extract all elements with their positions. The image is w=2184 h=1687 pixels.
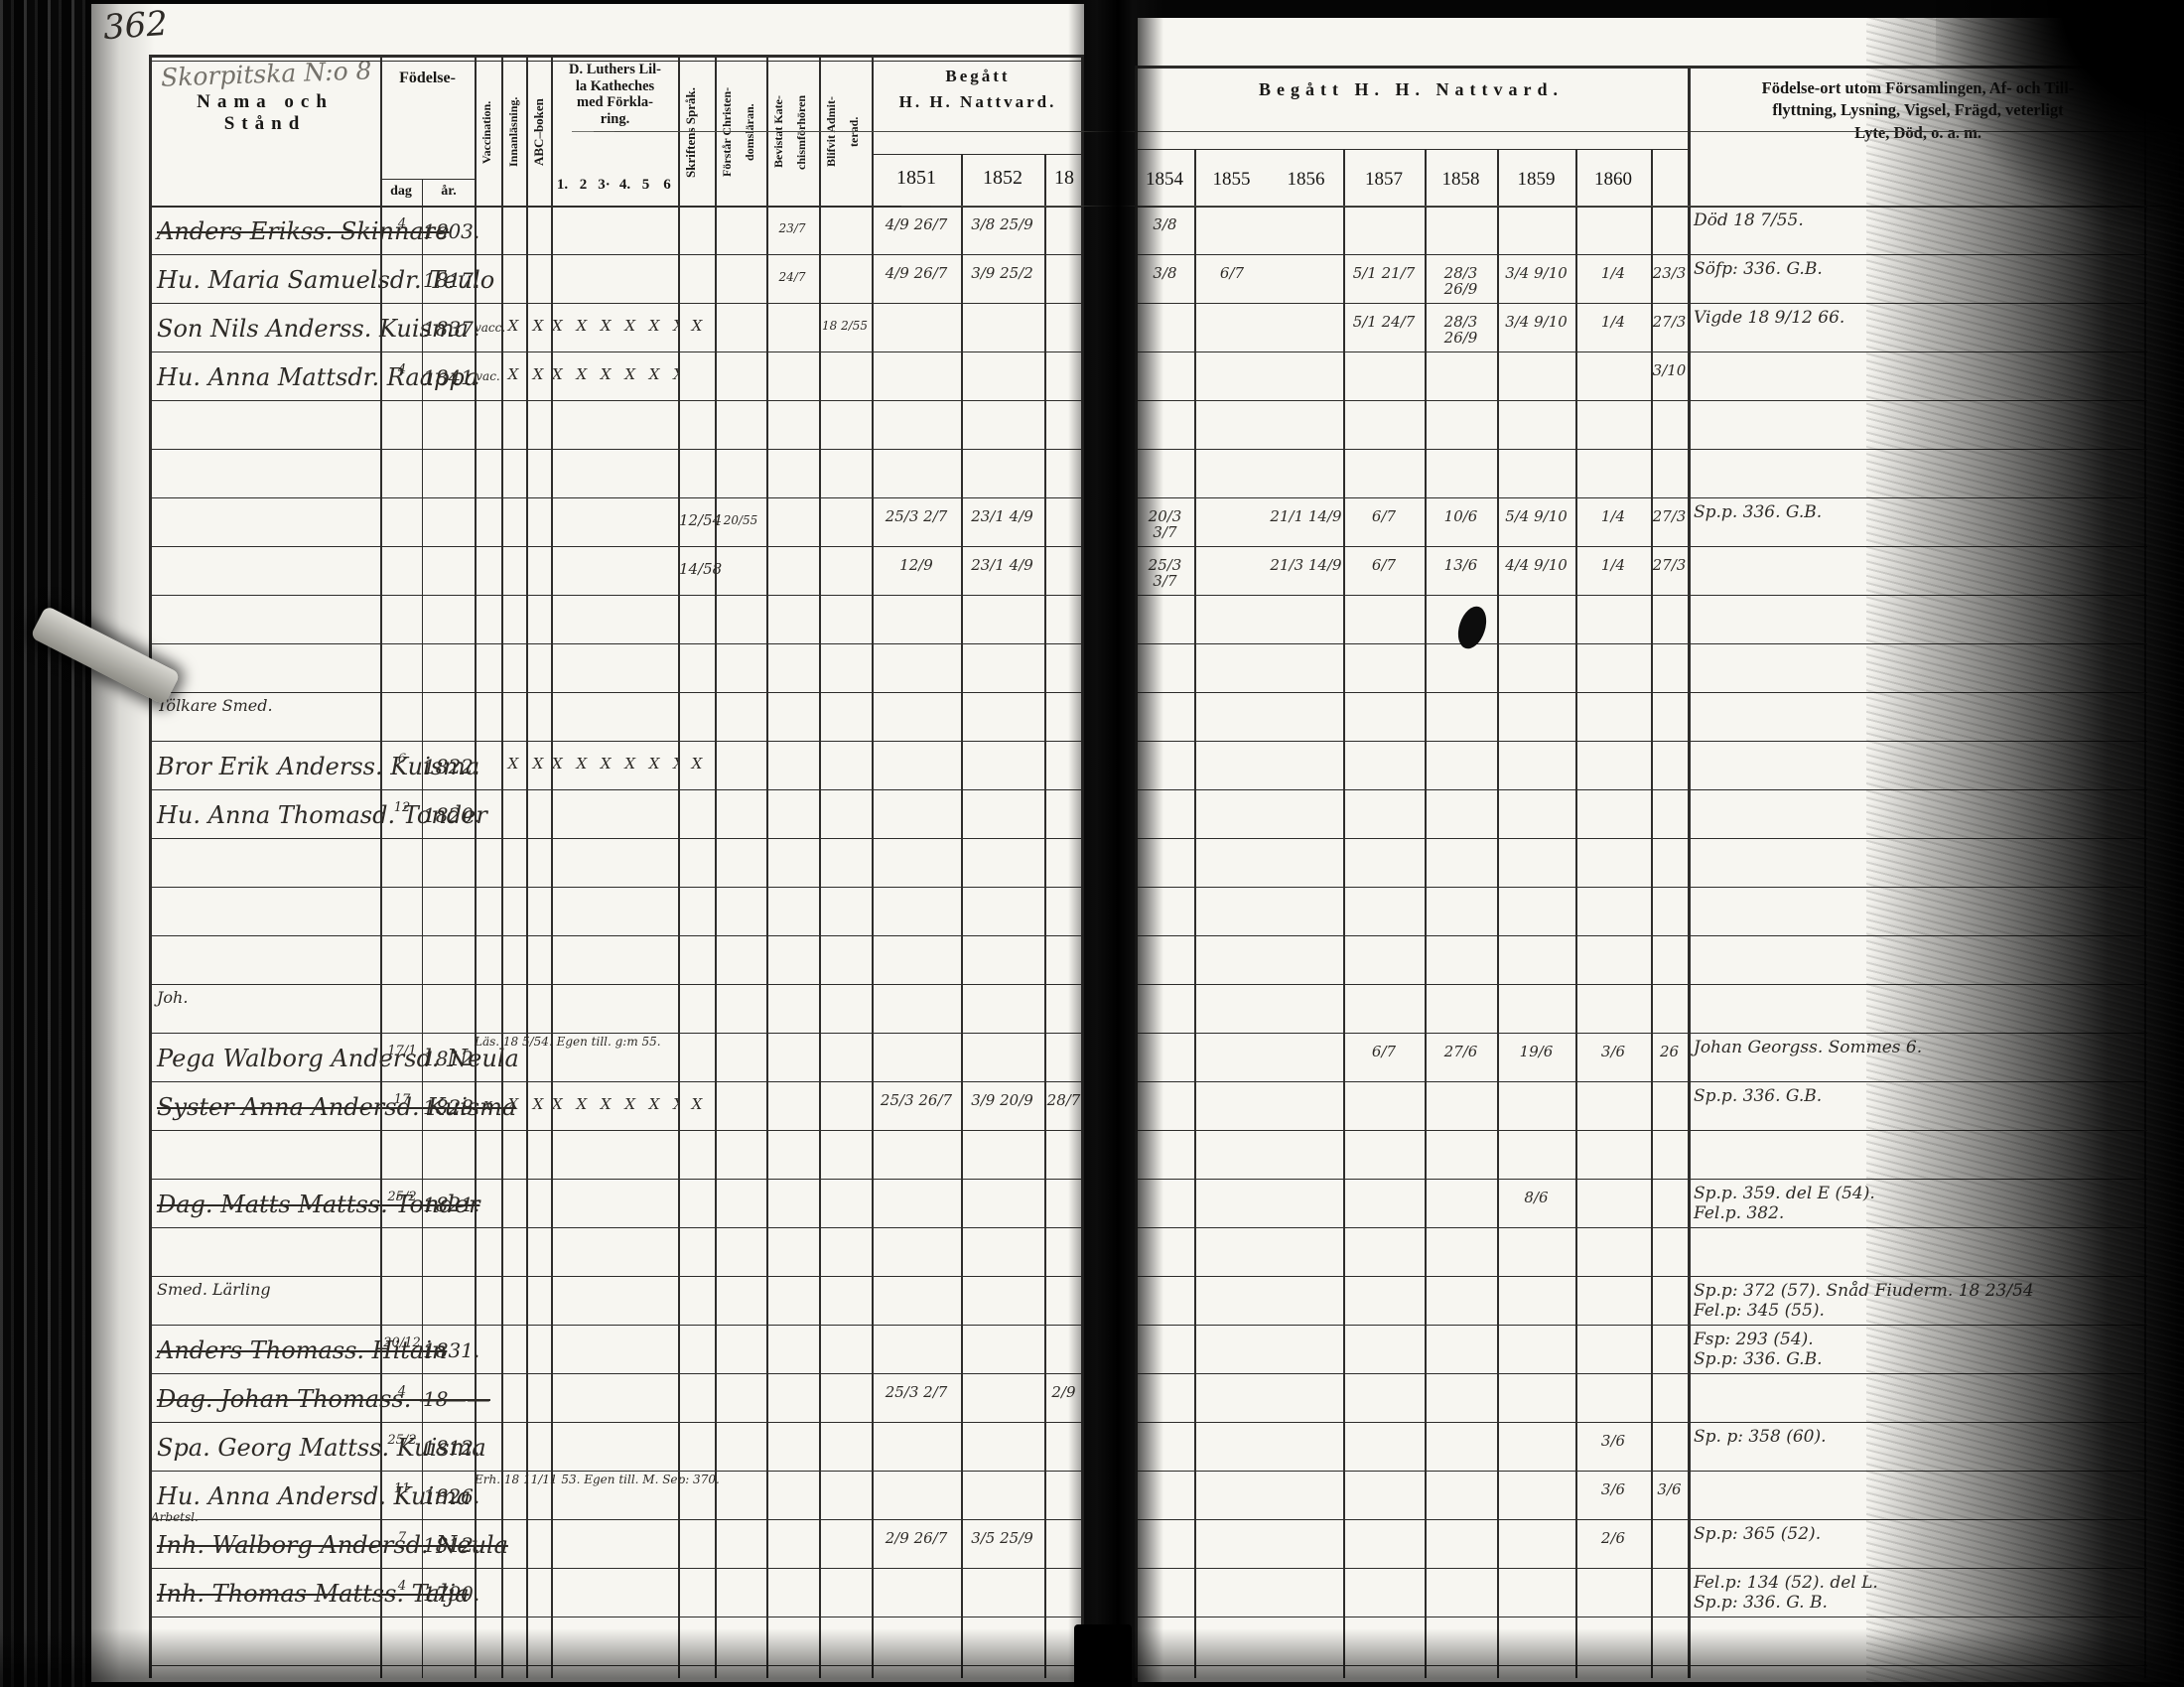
handwritten-mark: X	[500, 317, 526, 335]
table-rule	[149, 61, 1084, 62]
handwritten-mark: 1821.	[423, 1193, 477, 1216]
handwritten-mark: X	[525, 1095, 551, 1113]
handwritten-mark: 25/3 26/7	[873, 1093, 960, 1109]
table-rule	[766, 57, 768, 1678]
handwritten-mark: 2/9 26/7	[873, 1531, 960, 1547]
table-rule	[149, 57, 152, 1678]
handwritten-mark: 4/4 9/10	[1498, 558, 1574, 574]
handwritten-mark: 2/6	[1576, 1531, 1650, 1547]
handwritten-mark: 3/6	[1576, 1482, 1650, 1498]
handwritten-name: Inh. Thomas Mattss. Talja	[157, 1582, 391, 1606]
handwritten-mark: X	[679, 755, 715, 773]
table-rule	[1135, 149, 1688, 150]
handwritten-mark: 3/4 9/10	[1498, 315, 1574, 331]
handwritten-mark: 3/8 25/9	[961, 217, 1043, 233]
handwritten-name: Anders Erikss. Skinnare	[157, 219, 391, 243]
table-rule	[149, 1179, 1084, 1180]
table-rule	[149, 1568, 1084, 1569]
page-number: 362	[102, 4, 170, 48]
handwritten-mark: 6/7	[1344, 509, 1424, 525]
handwritten-mark: 25/3 2/7	[873, 509, 960, 525]
handwritten-mark: 27/6	[1426, 1045, 1496, 1060]
handwritten-name: Hu. Anna Mattsdr. Raappa	[157, 365, 391, 389]
handwritten-mark: 1/4	[1576, 266, 1650, 282]
handwritten-mark: 12/9	[873, 558, 960, 574]
handwritten-group-heading: Tölkare Smed.	[157, 696, 475, 715]
handwritten-mark: 1820.	[423, 803, 477, 827]
year-label: 1851	[872, 167, 961, 190]
handwritten-mark: 1831.	[423, 1338, 477, 1362]
handwritten-mark: X	[500, 755, 526, 773]
handwritten-mark: 10/6	[1426, 509, 1496, 525]
handwritten-mark: 26	[1652, 1045, 1687, 1060]
handwritten-mark: 18–	[423, 1387, 477, 1411]
table-rule	[149, 55, 1084, 58]
year-label: 1855	[1194, 169, 1269, 191]
handwritten-mark: 6/7	[1195, 266, 1269, 282]
table-rule	[149, 351, 1084, 352]
table-rule	[1425, 149, 1427, 1678]
column-header-innanlasning: Innanläsning.	[502, 60, 526, 205]
handwritten-mark: 27/3	[1652, 315, 1687, 331]
handwritten-mark: X	[679, 317, 715, 335]
handwritten-group-heading: Smed. Lärling	[157, 1280, 475, 1299]
handwritten-mark: 3/6	[1652, 1482, 1687, 1498]
handwritten-mark: 1/4	[1576, 315, 1650, 331]
table-rule	[149, 1033, 1084, 1034]
handwritten-mark: X X X X X X	[552, 755, 678, 773]
handwritten-mark: 21/3 14/9	[1270, 558, 1342, 574]
table-rule	[526, 57, 528, 1678]
table-rule	[1343, 149, 1345, 1678]
column-header-forstar-christendomslaran: Förstår Christen- domsläran.	[716, 60, 765, 205]
handwritten-mark: X	[475, 1099, 501, 1113]
table-rule	[678, 57, 680, 1678]
handwritten-mark: 4	[381, 217, 423, 231]
katekes-number: 1.	[552, 177, 573, 194]
handwritten-mark: 5/1 21/7	[1344, 266, 1424, 282]
handwritten-mark: 20/12	[381, 1336, 423, 1350]
handwritten-mark: X	[500, 365, 526, 383]
handwritten-mark: 23/1 4/9	[961, 558, 1043, 574]
handwritten-name: Spa. Georg Mattss. Kuisma	[157, 1436, 391, 1460]
table-rule	[149, 838, 1084, 839]
handwritten-mark: X	[525, 317, 551, 335]
handwritten-name: Dag. Johan Thomass. ———	[157, 1387, 391, 1411]
column-header-skriftens-sprak: Skriftens Språk.	[679, 60, 715, 205]
handwritten-mark: 1790.	[423, 1582, 477, 1606]
table-rule	[149, 935, 1084, 936]
handwritten-mark: 6/7	[1344, 558, 1424, 574]
handwritten-mark: 14/58	[679, 560, 715, 578]
handwritten-mark: Arbetsl.	[151, 1510, 290, 1524]
handwritten-mark: 1841.	[423, 365, 477, 389]
handwritten-mark: 28/3 26/9	[1426, 266, 1496, 298]
table-rule	[149, 984, 1084, 985]
table-rule	[149, 789, 1084, 790]
column-header-abc-boken: ABC–boken	[527, 60, 551, 205]
year-label: 1860	[1575, 169, 1651, 191]
handwritten-mark: 13/6	[1426, 558, 1496, 574]
handwritten-mark: 23/3	[1652, 266, 1687, 282]
table-rule	[501, 57, 503, 1678]
table-rule	[149, 887, 1084, 888]
handwritten-name: Hu. Maria Samuelsdr. Teulo	[157, 268, 391, 292]
table-rule	[380, 179, 475, 180]
handwritten-mark: 21/1 14/9	[1270, 509, 1342, 525]
handwritten-mark: 23/1 4/9	[961, 509, 1043, 525]
table-rule	[551, 57, 553, 1678]
handwritten-mark: 19/6	[1498, 1045, 1574, 1060]
table-rule	[961, 154, 963, 1678]
column-header-nattvard-left: Begått H. H. Nattvard.	[872, 64, 1084, 114]
handwritten-mark: 1826.	[423, 1484, 477, 1508]
handwritten-name: Anders Thomass. Hitain	[157, 1338, 391, 1362]
handwritten-name: Hu. Anna Thomasd. Tonder	[157, 803, 391, 827]
katekes-number: 6	[656, 177, 678, 194]
handwritten-mark: 5/1 24/7	[1344, 315, 1424, 331]
handwritten-mark: vacc.	[475, 321, 501, 335]
table-rule	[1497, 149, 1499, 1678]
handwritten-mark: 11	[381, 1482, 423, 1496]
handwritten-name: Hu. Anna Andersd. Kuima	[157, 1484, 391, 1508]
handwritten-mark: 25/3 2/7	[873, 1385, 960, 1401]
handwritten-mark: X X X X X X	[552, 1095, 678, 1113]
handwritten-mark: 4	[381, 1385, 423, 1399]
handwritten-mark: 1828.	[423, 1095, 477, 1119]
handwritten-mark: 4/9 26/7	[873, 217, 960, 233]
handwritten-name: Dag. Matts Mattss. Tonder	[157, 1193, 391, 1216]
handwritten-mark: 18 2/55	[817, 319, 873, 333]
table-rule	[149, 643, 1084, 644]
handwritten-mark: 1/4	[1576, 558, 1650, 574]
table-rule	[149, 1422, 1084, 1423]
subheader-birth-year: år.	[423, 184, 475, 200]
handwritten-mark: 6/7	[1344, 1045, 1424, 1060]
year-label: 1856	[1269, 169, 1343, 191]
handwritten-mark: 17/1	[381, 1045, 423, 1058]
handwritten-mark: X X X X X X X	[552, 317, 678, 335]
handwritten-mark: 25/2	[381, 1434, 423, 1448]
table-rule	[149, 692, 1084, 693]
handwritten-name: Syster Anna Andersd. Kuisma	[157, 1095, 391, 1119]
table-rule	[149, 497, 1084, 498]
scan-edge-shadow	[91, 4, 155, 1682]
year-label: 1859	[1497, 169, 1575, 191]
table-rule	[1194, 149, 1196, 1678]
handwritten-mark: Läs. 18 5/54. Egen till. g:m 55.	[475, 1035, 872, 1049]
table-rule	[149, 1081, 1084, 1082]
handwritten-mark: 4	[381, 1580, 423, 1594]
handwritten-mark: 28/3 26/9	[1426, 315, 1496, 347]
book-gutter-shadow	[1068, 0, 1163, 1687]
handwritten-mark: 3/9 20/9	[961, 1093, 1043, 1109]
handwritten-mark: X	[679, 1095, 715, 1113]
table-rule	[149, 595, 1084, 596]
table-rule	[872, 154, 1084, 155]
table-rule	[149, 1325, 1084, 1326]
handwritten-mark: 4	[381, 363, 423, 377]
column-header-bevistat-katechismforhoren: Bevistat Kate- chismförhören	[767, 60, 818, 205]
column-header-vaccination: Vaccination.	[476, 60, 501, 205]
table-rule	[819, 57, 821, 1678]
handwritten-mark: 1803.	[423, 219, 477, 243]
table-rule	[149, 741, 1084, 742]
table-rule	[1044, 154, 1046, 1678]
table-rule	[149, 1227, 1084, 1228]
handwritten-mark: 3/9 25/2	[961, 266, 1043, 282]
handwritten-mark: 20/55	[716, 513, 765, 527]
year-label: 1857	[1343, 169, 1425, 191]
scan-corner-vignette	[1936, 0, 2184, 228]
table-rule	[1688, 66, 1691, 1678]
table-rule	[149, 1373, 1084, 1374]
column-header-nattvard-right: Begått H. H. Nattvard.	[1135, 79, 1688, 100]
table-rule	[149, 1471, 1084, 1472]
column-header-katekes: D. Luthers Lil- la Katheches med Förkla-…	[552, 62, 678, 128]
handwritten-mark: 3/5 25/9	[961, 1531, 1043, 1547]
handwritten-name: Pega Walborg Andersd. Neula	[157, 1047, 391, 1070]
scan-bottom-vignette	[0, 1628, 2184, 1687]
handwritten-mark: 7	[381, 1531, 423, 1545]
handwritten-mark: 8/6	[1498, 1191, 1574, 1206]
handwritten-mark: 3/10	[1652, 363, 1687, 379]
handwritten-mark: 3/4 9/10	[1498, 266, 1574, 282]
table-rule	[149, 303, 1084, 304]
scan-black-margin	[0, 0, 91, 1687]
handwritten-mark: 3/6	[1576, 1434, 1650, 1450]
handwritten-mark: 1812	[423, 1047, 477, 1070]
handwritten-mark: X	[525, 365, 551, 383]
handwritten-mark: 17	[381, 1093, 423, 1107]
handwritten-mark: 1812.	[423, 1436, 477, 1460]
handwritten-mark: 23/7	[766, 221, 818, 235]
handwritten-mark: 27/3	[1652, 558, 1687, 574]
handwritten-mark: 6	[381, 753, 423, 767]
handwritten-mark: 1/4	[1576, 509, 1650, 525]
handwritten-mark: 12/54	[679, 511, 715, 529]
handwritten-mark: 1837.	[423, 317, 477, 341]
handwritten-mark: 12	[381, 801, 423, 815]
table-rule	[149, 1276, 1084, 1277]
left-page-paper	[91, 4, 1084, 1682]
year-label: 1852	[961, 167, 1044, 190]
table-rule	[715, 57, 717, 1678]
table-rule	[149, 546, 1084, 547]
handwritten-mark: 1817.	[423, 268, 477, 292]
column-header-name: Nama och Stånd	[151, 91, 379, 135]
scanned-church-register: 362 Skorpitska N:o 8 Nama och Stånd Föde…	[0, 0, 2184, 1687]
handwritten-name: Son Nils Anderss. Kuisma	[157, 317, 391, 341]
table-rule	[149, 254, 1084, 255]
handwritten-mark: 1822.	[423, 755, 477, 778]
handwritten-mark: vac.	[475, 369, 501, 383]
handwritten-mark: 27/3	[1652, 509, 1687, 525]
column-header-birth: Födelse-	[380, 70, 475, 87]
handwritten-name: Inh. Walborg Andersd. Neula	[157, 1533, 391, 1557]
handwritten-mark: X	[525, 755, 551, 773]
katekes-number: 2	[573, 177, 594, 194]
table-rule	[149, 400, 1084, 401]
handwritten-mark: 24/7	[766, 270, 818, 284]
katekes-number: 3·	[594, 177, 614, 194]
table-rule	[872, 57, 874, 1678]
subheader-birth-day: dag	[380, 184, 422, 200]
handwritten-mark: Erh. 18 11/11 53. Egen till. M. Sep: 370…	[475, 1473, 872, 1486]
handwritten-group-heading: Joh.	[157, 988, 475, 1007]
handwritten-mark: 4/9 26/7	[873, 266, 960, 282]
katekes-number: 4.	[614, 177, 635, 194]
scan-right-noise	[1866, 18, 2184, 1687]
column-header-blifvit-admitterad: Blifvit Admit- terad.	[820, 60, 871, 205]
handwritten-mark: X	[500, 1095, 526, 1113]
handwritten-mark: 25/2	[381, 1191, 423, 1204]
table-rule	[149, 449, 1084, 450]
handwritten-mark: 5/4 9/10	[1498, 509, 1574, 525]
handwritten-mark: 1812.	[423, 1533, 477, 1557]
table-rule	[149, 1130, 1084, 1131]
year-label: 1858	[1425, 169, 1497, 191]
handwritten-mark: 3/6	[1576, 1045, 1650, 1060]
handwritten-name: Bror Erik Anderss. Kuisma	[157, 755, 391, 778]
table-rule	[149, 1617, 1084, 1617]
handwritten-mark: X X X X X X	[552, 365, 678, 383]
katekes-number: 5	[635, 177, 656, 194]
